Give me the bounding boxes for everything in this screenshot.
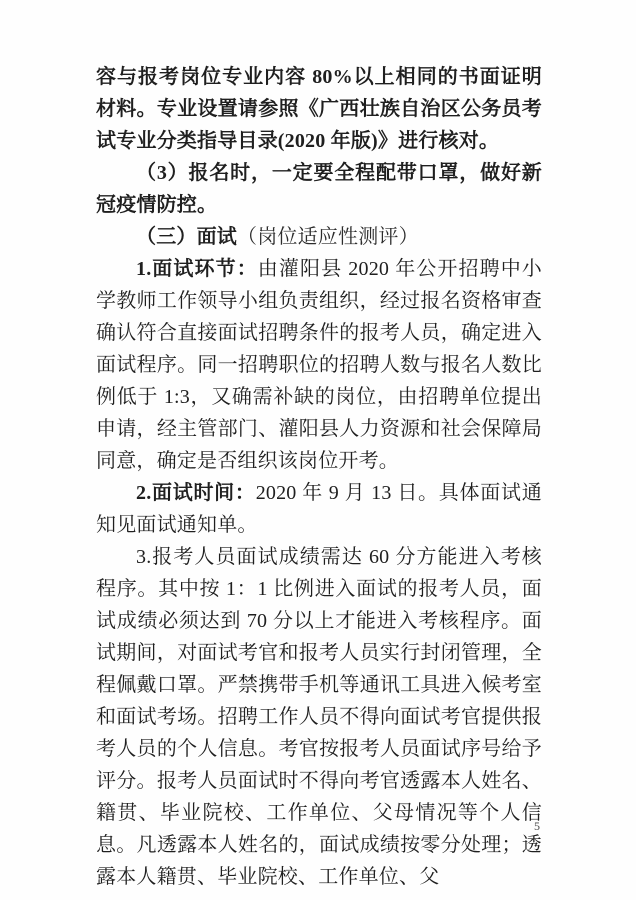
text-segment: 1.面试环节：: [136, 258, 258, 280]
text-segment: （岗位适应性测评）: [237, 226, 419, 248]
text-segment: 3.报考人员面试成绩需达 60 分方能进入考核程序。其中按 1：1 比例进入面试…: [96, 546, 542, 888]
text-segment: （3）报名时，一定要全程配带口罩，做好新冠疫情防控。: [96, 162, 542, 216]
text-segment: 由灌阳县 2020 年公开招聘中小学教师工作领导小组负责组织，经过报名资格审查确…: [96, 258, 542, 472]
text-segment: （三）面试: [136, 226, 237, 248]
text-segment: 2.面试时间：: [136, 482, 256, 504]
paragraph: 容与报考岗位专业内容 80%以上相同的书面证明材料。专业设置请参照《广西壮族自治…: [96, 61, 542, 157]
paragraph: 1.面试环节：由灌阳县 2020 年公开招聘中小学教师工作领导小组负责组织，经过…: [96, 253, 542, 477]
text-segment: 容与报考岗位专业内容 80%以上相同的书面证明材料。专业设置请参照《广西壮族自治…: [96, 66, 542, 152]
document-body: 容与报考岗位专业内容 80%以上相同的书面证明材料。专业设置请参照《广西壮族自治…: [96, 61, 542, 893]
paragraph: （三）面试（岗位适应性测评）: [96, 221, 542, 253]
paragraph: 3.报考人员面试成绩需达 60 分方能进入考核程序。其中按 1：1 比例进入面试…: [96, 541, 542, 893]
document-page: 容与报考岗位专业内容 80%以上相同的书面证明材料。专业设置请参照《广西壮族自治…: [0, 0, 636, 900]
paragraph: 2.面试时间：2020 年 9 月 13 日。具体面试通知见面试通知单。: [96, 477, 542, 541]
paragraph: （3）报名时，一定要全程配带口罩，做好新冠疫情防控。: [96, 157, 542, 221]
page-number: 5: [530, 819, 544, 833]
